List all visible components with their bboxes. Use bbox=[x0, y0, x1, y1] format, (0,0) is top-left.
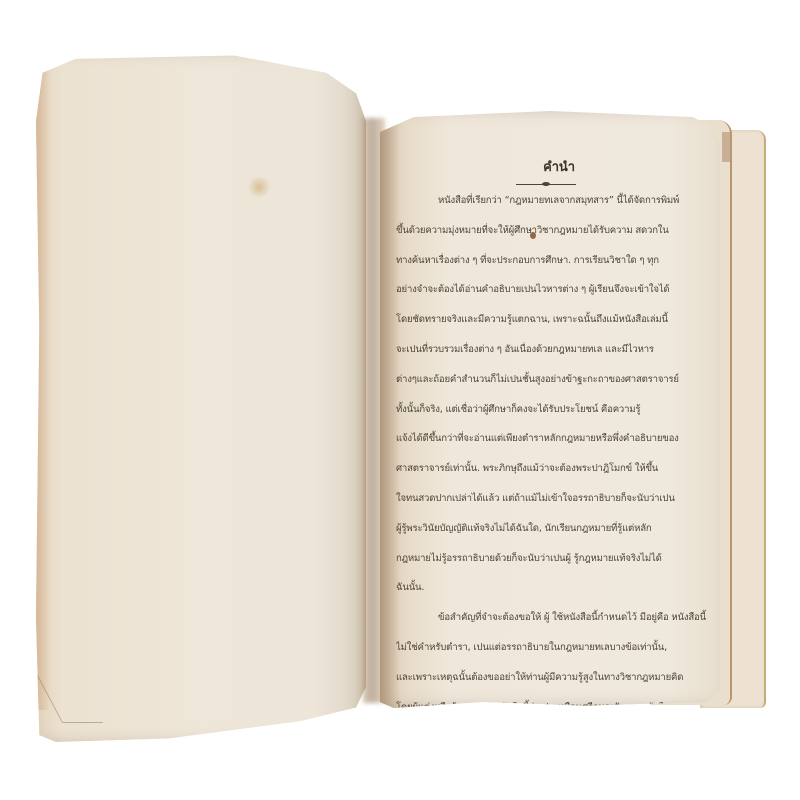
page-stain bbox=[246, 177, 272, 197]
paragraph-2: ข้อสำคัญที่จำจะต้องขอให้ ผู้ ใช้หนังสือน… bbox=[396, 603, 714, 752]
text-line: ต่างๆและถ้อยคำสำนวนก็ไม่เปนชั้นสูงอย่างข… bbox=[396, 365, 714, 395]
page-edge-discoloration bbox=[36, 70, 50, 710]
left-page-blank bbox=[36, 52, 366, 742]
text-line: ขึ้นด้วยความมุ่งหมายที่จะให้ผู้ศึกษาวิชา… bbox=[396, 216, 714, 246]
page-stain bbox=[722, 132, 730, 162]
page-title: คำนำ bbox=[404, 158, 714, 178]
text-line: ข้อสำคัญที่จำจะต้องขอให้ ผู้ ใช้หนังสือน… bbox=[396, 603, 714, 633]
text-line: ผู้รู้พระวินัยบัญญัติแท้จริงไม่ได้ฉันใด,… bbox=[396, 514, 714, 544]
text-line: ใจทนสวดปากเปล่าได้แล้ว แต่ถ้าแม้ไม่เข้าใ… bbox=[396, 484, 714, 514]
right-page-preface: คำนำ หนังสือที่เรียกว่า “กฎหมายทเลจากสมุ… bbox=[380, 108, 720, 708]
text-line: ทั้งนั้นก็จริง, แต่เชื่อว่าผู้ศึกษาก็คงจ… bbox=[396, 395, 714, 425]
text-line: โดยผู้แต่งหรือผู้ รวบรวม หนังสือนี้ว่าเป… bbox=[396, 693, 714, 723]
text-line: กฎหมายไม่รู้อรรถาธิบายด้วยก็จะนับว่าเปนผ… bbox=[396, 544, 714, 574]
text-line: แจ้งได้ดีขึ้นกว่าที่จะอ่านแต่เพียงตำราหล… bbox=[396, 424, 714, 454]
text-line: ฉันนั้น. bbox=[396, 573, 714, 603]
title-ornament-rule bbox=[516, 180, 576, 188]
text-line: ศาสตราจารย์เท่านั้น. พระภิกษุถึงแม้ว่าจะ… bbox=[396, 454, 714, 484]
folded-corner bbox=[22, 647, 103, 723]
open-book: คำนำ หนังสือที่เรียกว่า “กฎหมายทเลจากสมุ… bbox=[0, 0, 800, 800]
text-line: หนังสือที่เรียกว่า “กฎหมายทเลจากสมุทสาร”… bbox=[396, 186, 714, 216]
text-line: ทางค้นหาเรื่องต่าง ๆ ที่จะประกอบการศึกษา… bbox=[396, 246, 714, 276]
preface-text: คำนำ หนังสือที่เรียกว่า “กฎหมายทเลจากสมุ… bbox=[396, 158, 714, 752]
text-line: อย่างจำจะต้องได้อ่านคำอธิบายเปนไวหารต่าง… bbox=[396, 275, 714, 305]
paragraph-1: หนังสือที่เรียกว่า “กฎหมายทเลจากสมุทสาร”… bbox=[396, 186, 714, 603]
text-line: และเพราะเหตุฉนั้นต้องขออย่าให้ท่านผู้มีค… bbox=[396, 663, 714, 693]
text-line: จะเปนที่รวบรวมเรื่องต่าง ๆ อันเนื่องด้วย… bbox=[396, 335, 714, 365]
text-line: ไม่ใช่คำหรับตำรา, เปนแต่อรรถาธิบายในกฎหม… bbox=[396, 633, 714, 663]
text-line: พระสังฆราชฉนั้นเลย. bbox=[396, 722, 714, 752]
text-line: โดยชัดทรายจริงและมีความรู้แตกฉาน, เพราะฉ… bbox=[396, 305, 714, 335]
